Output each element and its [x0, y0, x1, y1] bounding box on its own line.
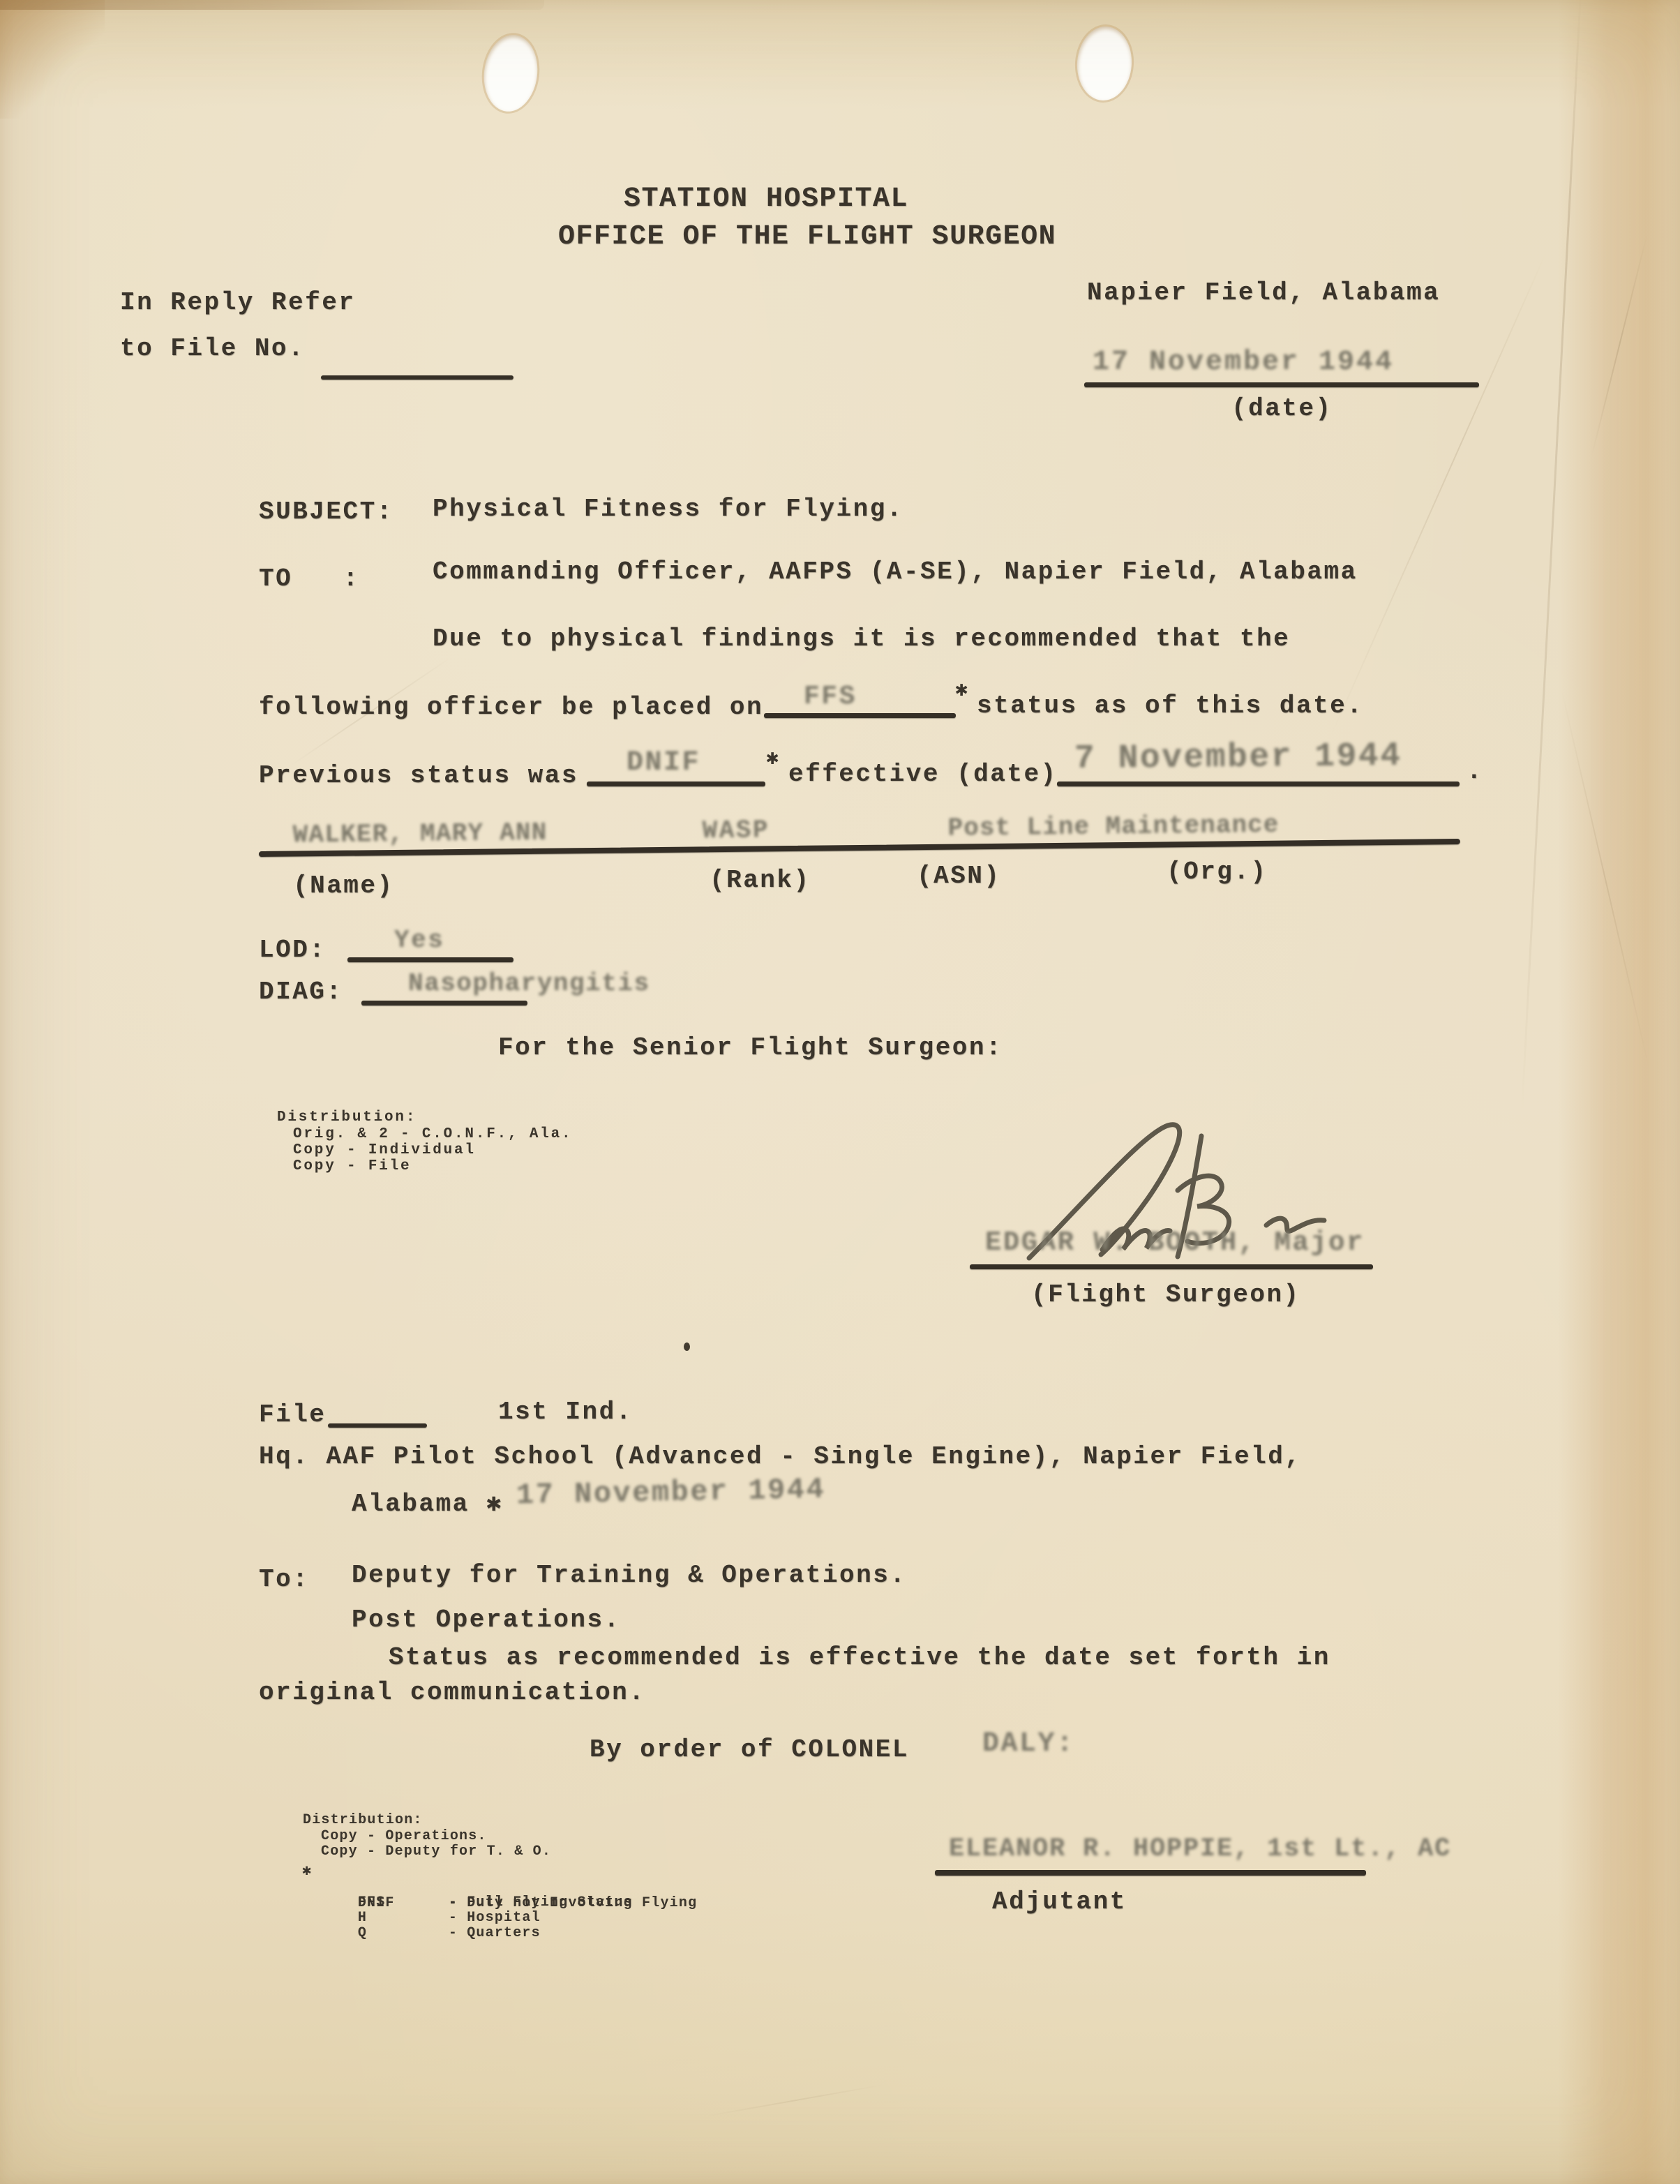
- crease-mark: [1591, 234, 1648, 458]
- officer-name-stamp: WALKER, MARY ANN: [292, 818, 547, 849]
- for-senior-flight-surgeon: For the Senior Flight Surgeon:: [498, 1034, 1003, 1062]
- scanned-memo-page: STATION HOSPITAL OFFICE OF THE FLIGHT SU…: [0, 0, 1680, 2184]
- prev-status-blank-line: [587, 781, 765, 786]
- legend-row-q: Q- Quarters: [321, 1910, 541, 1957]
- lod-label: LOD:: [259, 936, 326, 964]
- org-label: (Org.): [1167, 858, 1268, 886]
- file-blank-line: [328, 1423, 427, 1428]
- crease-mark: [1561, 689, 1650, 1070]
- letterhead-line2: OFFICE OF THE FLIGHT SURGEON: [558, 222, 1056, 253]
- legend-key: Q: [358, 1926, 449, 1941]
- rank-label: (Rank): [710, 867, 811, 895]
- crease-mark: [1521, 0, 1582, 1116]
- indorsement-para-line1: Status as recommended is effective the d…: [389, 1644, 1330, 1672]
- adjutant-title: Adjutant: [992, 1888, 1127, 1916]
- indorsement-line2: Alabama ✱: [352, 1490, 503, 1518]
- indorsement-para-line2: original communication.: [259, 1679, 645, 1707]
- footnote-asterisk: ✱: [955, 677, 968, 703]
- indorsement-to-label: To:: [259, 1566, 309, 1594]
- adjutant-name-stamp: ELEANOR R. HOPPIE, 1st Lt., AC: [949, 1835, 1451, 1864]
- distribution2-item: Copy - Deputy for T. & O.: [321, 1844, 551, 1860]
- body-line2-post: status as of this date.: [977, 692, 1363, 720]
- officer-rank-stamp: WASP: [702, 816, 770, 845]
- officer-org-stamp: Post Line Maintenance: [947, 811, 1279, 842]
- footnote-asterisk: ✱: [766, 745, 779, 771]
- diag-blank-line: [361, 1001, 527, 1005]
- subject-value: Physical Fitness for Flying.: [433, 495, 903, 523]
- body-line3-pre: Previous status was: [259, 762, 578, 790]
- distribution2-title: Distribution:: [303, 1813, 423, 1828]
- torn-top-edge: [0, 0, 544, 10]
- signature2-line: [935, 1870, 1366, 1876]
- location-text: Napier Field, Alabama: [1087, 279, 1440, 307]
- prev-status-stamp: DNIF: [627, 748, 700, 779]
- surgeon-title: (Flight Surgeon): [1031, 1281, 1300, 1309]
- torn-corner: [0, 0, 105, 119]
- subject-label: SUBJECT:: [259, 498, 393, 526]
- diag-value-stamp: Nasopharyngitis: [408, 970, 650, 998]
- colonel-name-stamp: DALY:: [982, 1729, 1075, 1760]
- paper-edge-shading: [1558, 0, 1680, 2184]
- distribution1-title: Distribution:: [277, 1109, 417, 1126]
- distribution1-item: Copy - File: [293, 1158, 411, 1175]
- legend-sep: -: [449, 1925, 458, 1941]
- to-label: TO :: [259, 565, 360, 593]
- officer-id-row: WALKER, MARY ANN WASP Post Line Maintena…: [258, 798, 1460, 857]
- letterhead-line1: STATION HOSPITAL: [624, 184, 908, 216]
- punch-hole: [1074, 24, 1134, 102]
- prev-date-blank-line: [1057, 781, 1460, 786]
- to-value: Commanding Officer, AAFPS (A-SE), Napier…: [433, 558, 1358, 586]
- file-label: File: [259, 1401, 326, 1429]
- signature1-line: [970, 1264, 1373, 1269]
- footnote-asterisk: ✱: [302, 1863, 312, 1880]
- crease-mark: [1330, 253, 1547, 738]
- reply-refer-line2: to File No.: [120, 335, 305, 363]
- indorsement-date-stamp: 17 November 1944: [516, 1474, 826, 1513]
- surgeon-name-stamp: EDGAR W. BOOTH, Major: [985, 1228, 1365, 1259]
- file-no-blank-line: [321, 375, 513, 380]
- indorsement-to-line2: Post Operations.: [352, 1606, 621, 1634]
- by-order-text: By order of COLONEL: [590, 1736, 909, 1764]
- body-line1: Due to physical findings it is recommend…: [433, 625, 1290, 653]
- distribution1-item: Orig. & 2 - C.O.N.F., Ala.: [293, 1126, 572, 1143]
- status-blank-line: [764, 713, 956, 718]
- indorsement-to-line1: Deputy for Training & Operations.: [352, 1562, 906, 1590]
- body-line2-pre: following officer be placed on: [259, 694, 763, 721]
- status-stamp: FFS: [804, 682, 857, 712]
- distribution1-item: Copy - Individual: [293, 1142, 476, 1159]
- date-blank-line: [1084, 382, 1479, 387]
- stray-ink-mark: [684, 1342, 690, 1351]
- legend-value: Quarters: [467, 1925, 541, 1941]
- asn-label: (ASN): [917, 862, 1001, 890]
- lod-blank-line: [347, 957, 513, 962]
- date-label: (date): [1231, 395, 1333, 423]
- lod-value-stamp: Yes: [394, 927, 444, 955]
- punch-hole: [480, 32, 542, 114]
- indorsement-hq-line: Hq. AAF Pilot School (Advanced - Single …: [259, 1443, 1301, 1471]
- diag-label: DIAG:: [259, 978, 343, 1006]
- distribution2-item: Copy - Operations.: [321, 1829, 487, 1844]
- prev-date-stamp: 7 November 1944: [1074, 738, 1402, 779]
- crease-mark: [707, 2084, 885, 2116]
- body-line3-mid: effective (date): [788, 761, 1058, 788]
- first-indorsement-label: 1st Ind.: [498, 1398, 633, 1426]
- reply-refer-line1: In Reply Refer: [120, 289, 355, 317]
- body-line3-end: .: [1467, 758, 1483, 786]
- date-stamp: 17 November 1944: [1093, 347, 1394, 379]
- name-label: (Name): [293, 872, 394, 900]
